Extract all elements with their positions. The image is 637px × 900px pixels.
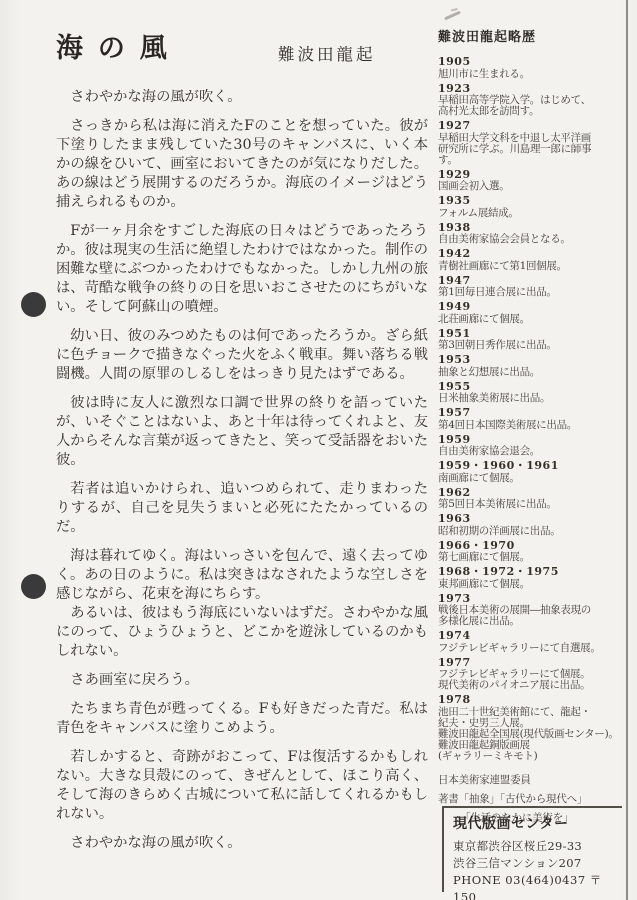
entry-description: 第4回日本国際美術展に出品。 <box>438 418 628 431</box>
entry-description: 東邦画廊にて個展。 <box>438 577 628 590</box>
publisher-block: 現代版画センター 東京都渋谷区桜丘29-33 渋谷三信マンション207 PHON… <box>442 806 622 892</box>
essay-paragraph: 若者は追いかけられ、追いつめられて、走りまわったりするが、自己を見失うまいと必死… <box>56 480 428 537</box>
essay-paragraph: 海は暮れてゆく。海はいっさいを包んで、遠く去ってゆく。あの日のように。私は突きは… <box>56 547 428 604</box>
entry-year: 1953 <box>438 352 628 365</box>
chronology-entry: 1978 池田二十世紀美術館にて、龍起・ 紀夫・史男三人展。 難波田龍起全国展(… <box>438 692 628 762</box>
entry-year: 1957 <box>438 405 628 418</box>
entry-year: 1929 <box>438 167 628 180</box>
entry-description: 第1回毎日連合展に出品。 <box>438 285 628 298</box>
chronology-entry: 1942 青樹社画廊にて第1回個展。 <box>438 246 628 272</box>
entry-description: 南画廊にて個展。 <box>438 471 628 484</box>
chronology-entry: 1905 旭川市に生まれる。 <box>438 54 628 80</box>
entry-year: 1959 <box>438 432 628 445</box>
entry-year: 1963 <box>438 511 628 524</box>
chronology-entry: 1959・1960・1961 南画廊にて個展。 <box>438 458 628 484</box>
essay-paragraph: Fが一ヶ月余をすごした海底の日々はどうであったろうか。彼は現実の生活に絶望したわ… <box>56 222 428 317</box>
chronology-entry: 1959 自由美術家協会退会。 <box>438 432 628 458</box>
entry-year: 1947 <box>438 273 628 286</box>
chronology-entry: 1953 抽象と幻想展に出品。 <box>438 352 628 378</box>
entry-description: 自由美術家協会退会。 <box>438 444 628 457</box>
entry-year: 1968・1972・1975 <box>438 564 628 577</box>
chronology-entry: 1923 早稲田高等学院入学。はじめて、 高村光太郎を訪問す。 <box>438 81 628 118</box>
entry-year: 1955 <box>438 379 628 392</box>
entry-year: 1973 <box>438 591 628 604</box>
entry-year: 1974 <box>438 628 628 641</box>
entry-description: 戦後日本美術の展開―抽象表現の 多様化展に出品。 <box>438 603 628 627</box>
entry-year: 1977 <box>438 655 628 668</box>
publisher-address-line1: 東京都渋谷区桜丘29-33 <box>453 838 622 855</box>
entry-year: 1962 <box>438 485 628 498</box>
essay-paragraph: あるいは、彼はもう海底にいないはずだ。さわやかな風にのって、ひょうひょうと、どこ… <box>56 604 428 661</box>
publisher-address-line2: 渋谷三信マンション207 <box>453 855 622 872</box>
entry-description: 第3回朝日秀作展に出品。 <box>438 338 628 351</box>
entry-year: 1942 <box>438 246 628 259</box>
punch-hole-mark-bottom <box>21 574 46 599</box>
entry-year: 1938 <box>438 220 628 233</box>
entry-description: 池田二十世紀美術館にて、龍起・ 紀夫・史男三人展。 難波田龍起全国展(現代版画セ… <box>438 705 628 762</box>
author-name: 難波田龍起 <box>278 41 376 65</box>
chronology-entry: 1957 第4回日本国際美術展に出品。 <box>438 405 628 431</box>
entry-year: 1927 <box>438 118 628 131</box>
chronology-entry: 1949 北荘画廊にて個展。 <box>438 299 628 325</box>
entry-year: 1966・1970 <box>438 538 628 551</box>
chronology-entry: 1955 日米抽象美術展に出品。 <box>438 379 628 405</box>
essay-column: 海の風 難波田龍起 さわやかな海の風が吹く。 さっきから私は海に消えたFのことを… <box>56 26 428 863</box>
entry-description: 自由美術家協会会員となる。 <box>438 232 628 245</box>
entry-description: 第5回日本美術展に出品。 <box>438 497 628 510</box>
title-row: 海の風 難波田龍起 <box>56 26 428 70</box>
books-note-line1: 著書「抽象」「古代から現代へ」 <box>438 793 628 805</box>
entry-description: 旭川市に生まれる。 <box>438 67 628 80</box>
entry-description: 北荘画廊にて個展。 <box>438 312 628 325</box>
chronology-entry: 1938 自由美術家協会会員となる。 <box>438 220 628 246</box>
entry-year: 1951 <box>438 326 628 339</box>
entry-description: 国画会初入選。 <box>438 179 628 192</box>
entry-description: フジテレビギャラリーにて自選展。 <box>438 641 628 654</box>
essay-paragraph: さわやかな海の風が吹く。 <box>56 834 428 853</box>
entry-description: 第七画廊にて個展。 <box>438 550 628 563</box>
essay-paragraph: 彼は時に友人に激烈な口調で世界の終りを語っていたが、いそぐことはないよ、あと十年… <box>56 394 428 470</box>
chronology-column: 難波田龍起略歴 1905 旭川市に生まれる。 1923 早稲田高等学院入学。はじ… <box>438 26 628 831</box>
chronology-entry: 1927 早稲田大学文科を中退し太平洋画 研究所に学ぶ。川島理一郎に師事 す。 <box>438 118 628 166</box>
chronology-entry: 1929 国画会初入選。 <box>438 167 628 193</box>
entry-description: 日米抽象美術展に出品。 <box>438 391 628 404</box>
entry-description: フォルム展結成。 <box>438 206 628 219</box>
essay-paragraph: さあ画室に戻ろう。 <box>56 671 428 690</box>
entry-year: 1959・1960・1961 <box>438 458 628 471</box>
essay-paragraph: 幼い日、彼のみつめたものは何であったろうか。ざら紙に色チョークで描きなぐった火を… <box>56 327 428 384</box>
publisher-phone: PHONE 03(464)0437 〒150 <box>453 872 622 900</box>
chronology-entry: 1968・1972・1975 東邦画廊にて個展。 <box>438 564 628 590</box>
page-title: 海の風 <box>56 33 182 64</box>
chronology-entry: 1963 昭和初期の洋画展に出品。 <box>438 511 628 537</box>
entry-description: 早稲田大学文科を中退し太平洋画 研究所に学ぶ。川島理一郎に師事 す。 <box>438 131 628 166</box>
chronology-entry: 1935 フォルム展結成。 <box>438 193 628 219</box>
publisher-name: 現代版画センター <box>453 813 622 833</box>
essay-paragraph: さっきから私は海に消えたFのことを想っていた。彼が下塗りしたまま残していた30号… <box>56 117 428 212</box>
scan-smudge-mark <box>444 11 461 21</box>
entry-year: 1978 <box>438 692 628 705</box>
punch-hole-mark-top <box>21 292 46 317</box>
essay-paragraph: 若しかすると、奇跡がおこって、Fは復活するかもしれない。大きな貝殻にのって、きぜ… <box>56 748 428 824</box>
chronology-entry: 1962 第5回日本美術展に出品。 <box>438 485 628 511</box>
page-edge-rule <box>626 0 628 900</box>
entry-description: 抽象と幻想展に出品。 <box>438 365 628 378</box>
chronology-entry: 1951 第3回朝日秀作展に出品。 <box>438 326 628 352</box>
entry-description: フジテレビギャラリーにて個展。 現代美術のパイオニア展に出品。 <box>438 667 628 691</box>
chronology-entry: 1974 フジテレビギャラリーにて自選展。 <box>438 628 628 654</box>
entry-description: 昭和初期の洋画展に出品。 <box>438 524 628 537</box>
entry-year: 1935 <box>438 193 628 206</box>
entry-year: 1905 <box>438 54 628 67</box>
essay-paragraph: たちまち青色が甦ってくる。Fも好きだった青だ。私は青色をキャンバスに塗りこめよう… <box>56 700 428 738</box>
chronology-entry: 1977 フジテレビギャラリーにて個展。 現代美術のパイオニア展に出品。 <box>438 655 628 692</box>
entry-year: 1949 <box>438 299 628 312</box>
entry-description: 早稲田高等学院入学。はじめて、 高村光太郎を訪問す。 <box>438 93 628 117</box>
affiliation-note: 日本美術家連盟委員 <box>438 774 628 786</box>
chronology-title: 難波田龍起略歴 <box>438 26 628 45</box>
entry-description: 青樹社画廊にて第1回個展。 <box>438 259 628 272</box>
chronology-entry: 1947 第1回毎日連合展に出品。 <box>438 273 628 299</box>
chronology-entry: 1973 戦後日本美術の展開―抽象表現の 多様化展に出品。 <box>438 591 628 628</box>
essay-paragraph: さわやかな海の風が吹く。 <box>56 88 428 107</box>
entry-year: 1923 <box>438 81 628 94</box>
chronology-entry: 1966・1970 第七画廊にて個展。 <box>438 538 628 564</box>
